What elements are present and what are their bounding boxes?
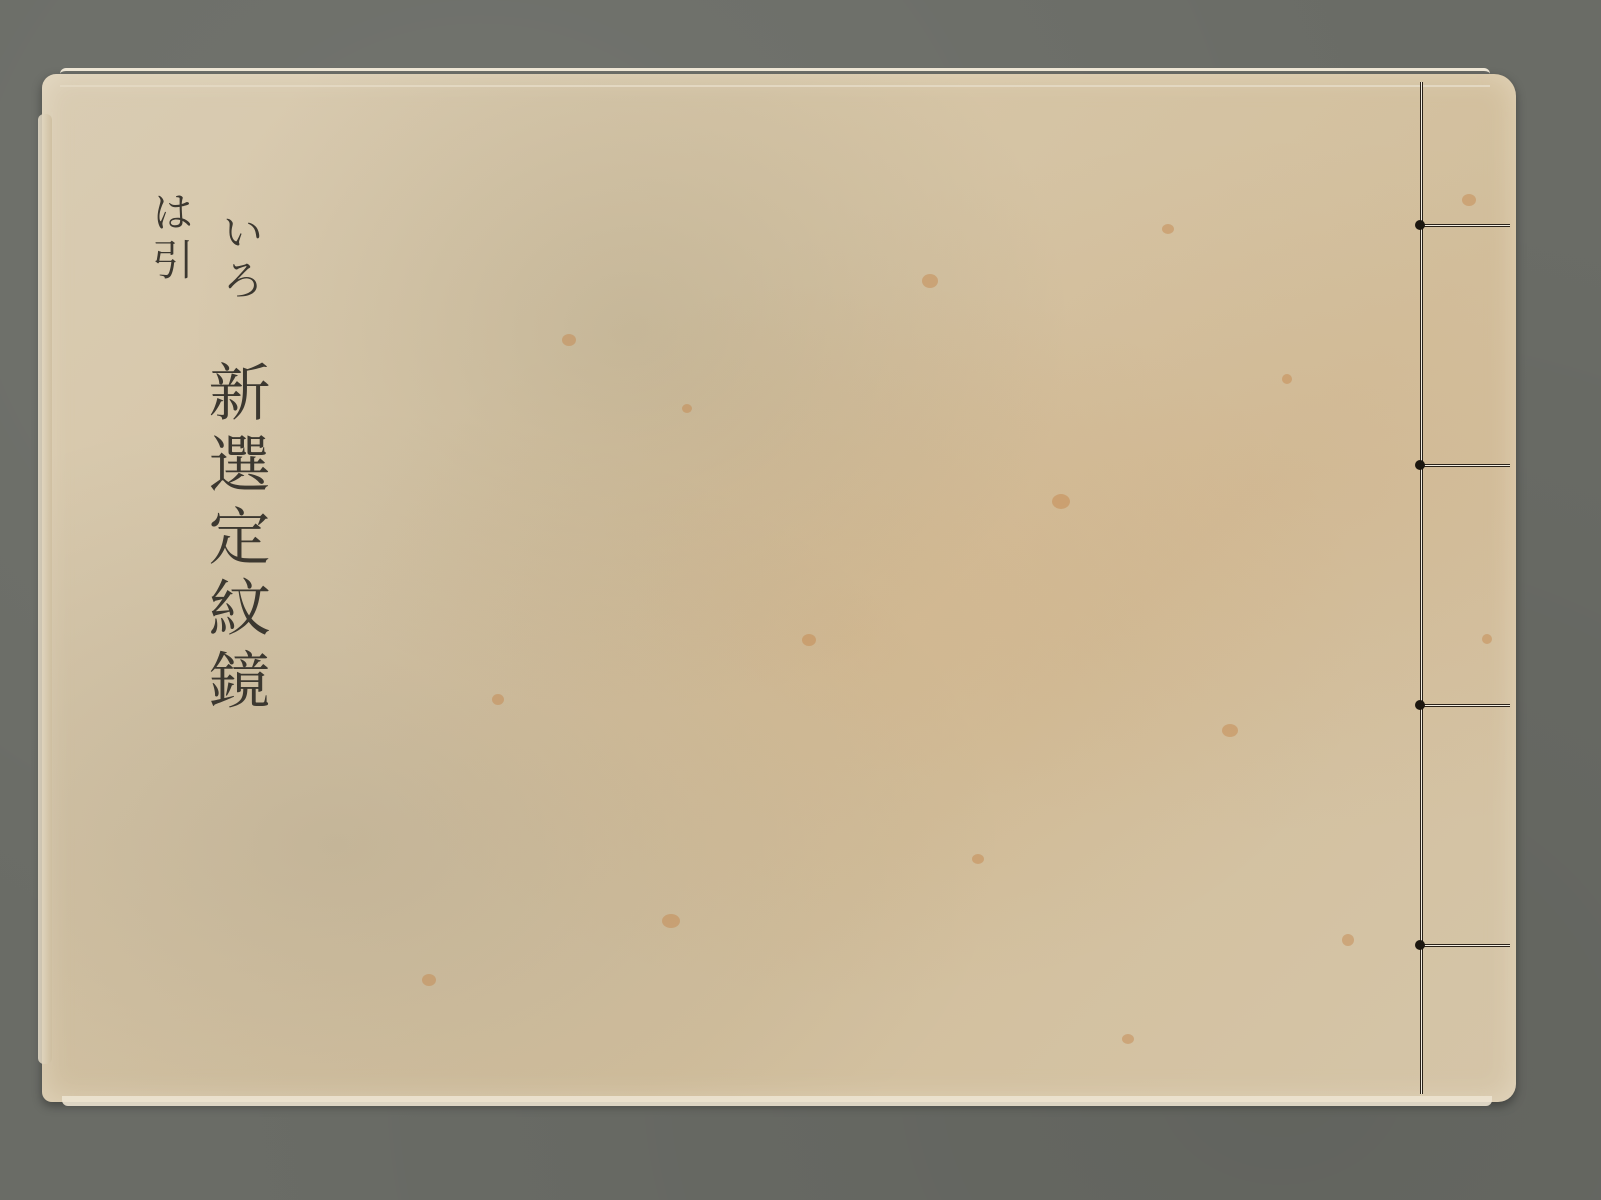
foxing-spot — [1482, 634, 1492, 644]
binding-stitch — [1420, 944, 1510, 947]
handwritten-title: いろ は引 新選定紋鏡 — [90, 130, 310, 850]
binding-hole — [1415, 460, 1425, 470]
foxing-spot — [422, 974, 436, 986]
subtitle-right-column: いろ — [210, 210, 270, 306]
foxing-spot — [922, 274, 938, 288]
foxing-spot — [1162, 224, 1174, 234]
binding-hole — [1415, 940, 1425, 950]
foxing-spot — [1282, 374, 1292, 384]
subtitle-left-column: は引 — [140, 190, 200, 286]
foxing-spot — [1342, 934, 1354, 946]
foxing-spot — [662, 914, 680, 928]
binding-stitch — [1420, 224, 1510, 227]
foxing-spot — [492, 694, 504, 705]
book-title: 新選定紋鏡 — [190, 360, 279, 720]
page-edges-top — [60, 68, 1490, 87]
foxing-spot — [1462, 194, 1476, 206]
foxing-spot — [972, 854, 984, 864]
foxing-spot — [562, 334, 576, 346]
page-edges-left — [38, 114, 52, 1064]
binding-stitch — [1420, 704, 1510, 707]
binding-stitch — [1420, 464, 1510, 467]
foxing-spot — [1122, 1034, 1134, 1044]
foxing-spot — [802, 634, 816, 646]
foxing-spot — [682, 404, 692, 413]
binding-hole — [1415, 220, 1425, 230]
page-edges-bottom — [62, 1096, 1492, 1106]
foxing-spot — [1052, 494, 1070, 509]
binding-hole — [1415, 700, 1425, 710]
foxing-spot — [1222, 724, 1238, 737]
